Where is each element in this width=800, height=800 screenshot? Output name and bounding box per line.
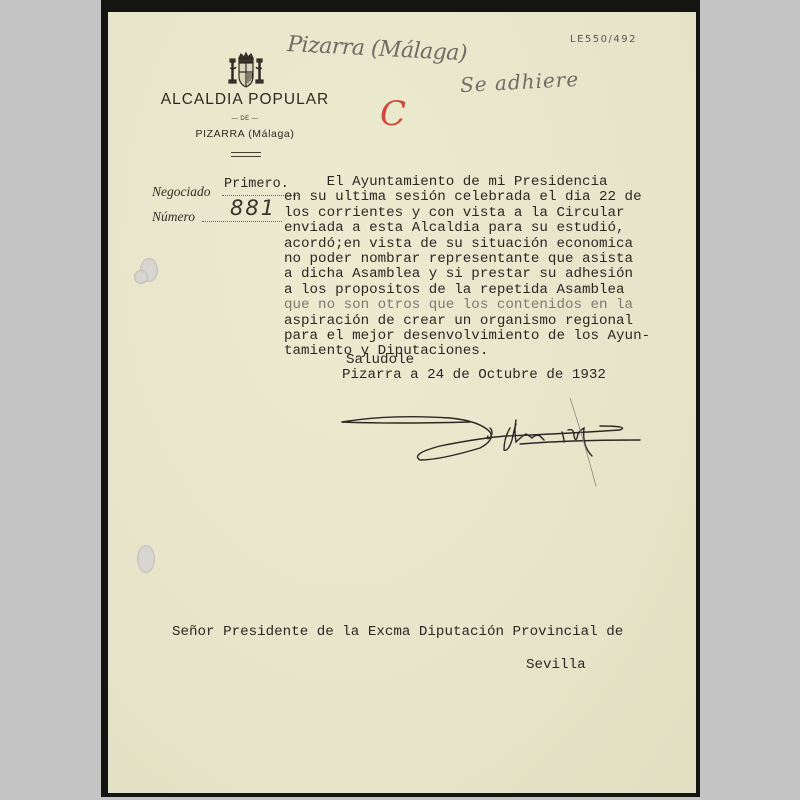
- body-line: en su ultima sesión celebrada el dia 22 …: [284, 190, 650, 205]
- body-line: para el mejor desenvolvimiento de los Ay…: [284, 329, 650, 344]
- body-line: los corrientes y con vista a la Circular: [284, 206, 650, 221]
- coat-of-arms-icon: [225, 50, 267, 90]
- numero-dotted-line: [202, 221, 282, 222]
- numero-value: 881: [230, 196, 276, 220]
- letterhead-rule: [231, 152, 261, 157]
- letter-page: ALCALDIA POPULAR — DE — PIZARRA (Málaga)…: [108, 12, 696, 793]
- red-pencil-mark: C: [380, 94, 406, 134]
- negociado-value: Primero.: [224, 177, 289, 192]
- body-line: no poder nombrar representante que asist…: [284, 252, 650, 267]
- body-line: tamiento y Diputaciones.: [284, 344, 650, 359]
- body-line: acordó;en vista de su situación economic…: [284, 237, 650, 252]
- recipient-line: Señor Presidente de la Excma Diputación …: [172, 625, 623, 640]
- numero-label: Número: [152, 209, 195, 225]
- letterhead-connector: — DE —: [140, 116, 350, 122]
- body-line: El Ayuntamiento de mi Presidencia: [284, 175, 650, 190]
- recipient-city: Sevilla: [526, 658, 586, 673]
- handwritten-adhiere-note: Se adhiere: [459, 67, 579, 97]
- letterhead-title: ALCALDIA POPULAR: [140, 91, 350, 109]
- dateline: Pizarra a 24 de Octubre de 1932: [342, 368, 606, 383]
- body-line: a los propositos de la repetida Asamblea: [284, 283, 650, 298]
- letterhead-place: PIZARRA (Málaga): [140, 128, 350, 140]
- punch-hole-top-lower: [134, 270, 148, 284]
- body-line: aspiración de crear un organismo regiona…: [284, 314, 650, 329]
- body-line: que no son otros que los contenidos en l…: [284, 298, 650, 313]
- handwritten-place-note: Pizarra (Málaga): [287, 32, 468, 66]
- archive-reference: LE550/492: [570, 34, 637, 45]
- handwritten-signature-icon: [330, 394, 650, 494]
- punch-hole-bottom: [137, 545, 155, 573]
- body-line: enviada a esta Alcaldia para su estudió,: [284, 221, 650, 236]
- body-line: a dicha Asamblea y si prestar su adhesió…: [284, 267, 650, 282]
- negociado-label: Negociado: [152, 184, 211, 200]
- letter-body: El Ayuntamiento de mi Presidenciaen su u…: [284, 175, 650, 360]
